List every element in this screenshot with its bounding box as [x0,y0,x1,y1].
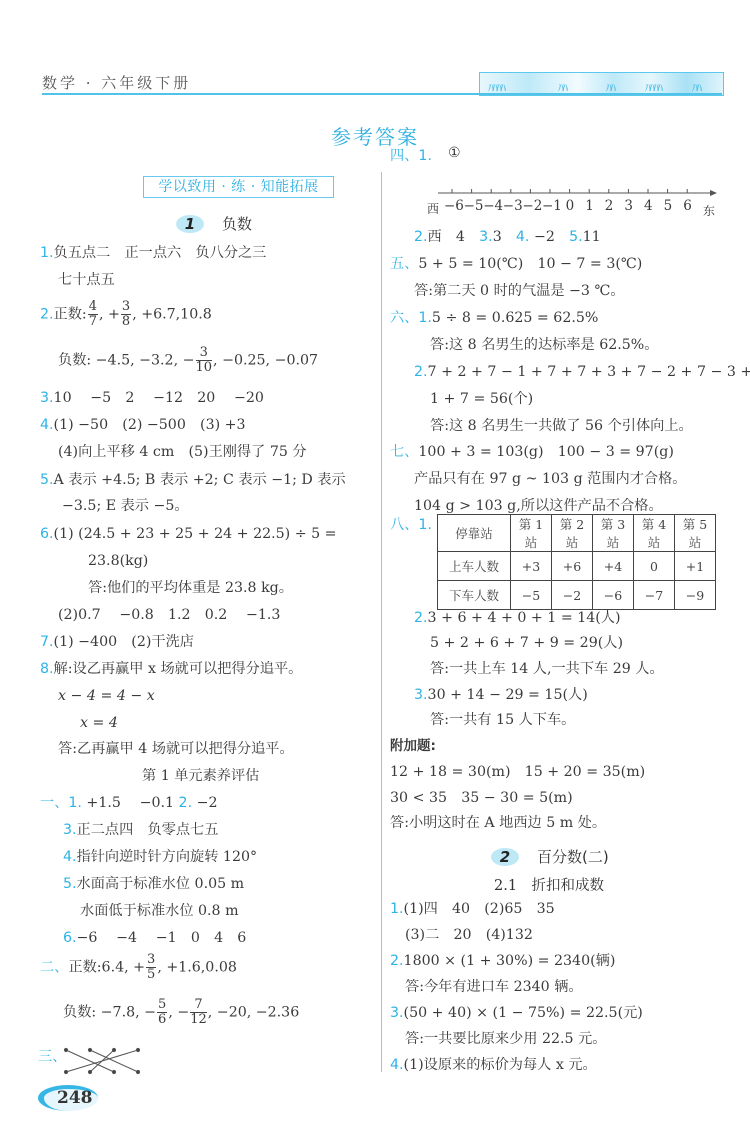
answer-6: 6.(1) (24.5 + 23 + 25 + 24 + 22.5) ÷ 5 = [40,525,337,543]
answer-eight-2: 2.3 + 6 + 4 + 0 + 1 = 14(人) [414,609,621,627]
unit-evaluation-heading: 第 1 单元素养评估 [142,767,259,785]
chapter-title: 百分数(二) [537,848,609,866]
answer-eight-1: 八、1. [390,516,432,534]
number-line-tick-label: −3 [503,198,523,214]
chapter-heading-1: 1负数 [176,213,252,234]
number-line-tick-label: −2 [522,198,542,214]
answer-4: 4.(1) −50 (2) −500 (3) +3 [40,416,246,434]
chapter-heading-2: 2百分数(二) [491,846,609,867]
answer-5: 5.A 表示 +4.5; B 表示 +2; C 表示 −1; D 表示 [40,471,346,489]
number-line-tick-label: 1 [585,198,594,214]
bonus-answer: 12 + 18 = 30(m) 15 + 20 = 35(m) [390,763,645,781]
answer-eight-3: 3.30 + 14 − 29 = 15(人) [414,686,588,704]
number-line-tick-label: 4 [644,198,653,214]
station-table: 停靠站 第 1 站 第 2 站 第 3 站 第 4 站 第 5 站 上车人数+3… [437,514,716,610]
chapter-badge: 2 [491,848,519,866]
west-label: 西 [427,200,439,217]
ch2-answer-1: 1.(1)四 40 (2)65 35 [390,900,555,918]
number-line-tick-label: −5 [464,198,484,214]
east-label: 东 [703,202,715,219]
eval-2: 二、正数:6.4, +35, +1.6,0.08 [40,953,237,982]
page-number: 248 [38,1085,98,1111]
section-heading: 2.1 折扣和成数 [494,874,604,895]
number-line-tick-label: −6 [444,198,464,214]
section-banner: 学以致用 · 练 · 知能拓展 [143,176,334,198]
ch2-answer-2: 2.1800 × (1 + 30%) = 2340(辆) [390,952,615,970]
bonus-heading: 附加题: [390,737,436,755]
number-line-tick-label: −4 [483,198,503,214]
answer-2: 2.正数:47, +38, +6.7,10.8 [40,300,212,329]
book-title: 数学 · 六年级下册 [42,72,191,93]
table-row: 下车人数−5−2−6−7−9 [438,581,716,610]
matching-diagram [62,1046,142,1076]
eval-1: 一、1. +1.5 −0.1 2. −2 [40,794,218,812]
table-header-row: 停靠站 第 1 站 第 2 站 第 3 站 第 4 站 第 5 站 [438,515,716,552]
answer-3: 3.10 −5 2 −12 20 −20 [40,389,264,407]
ch2-answer-4: 4.(1)设原来的标价为每人 x 元。 [390,1056,597,1074]
number-line-tick-label: 3 [624,198,633,214]
answer-four-2-5: 2.西 4 3.3 4. −2 5.11 [414,228,601,246]
answer-7: 7.(1) −400 (2)干洗店 [40,633,194,651]
answer-seven: 七、100 + 3 = 103(g) 100 − 3 = 97(g) [390,443,674,461]
number-line-tick-label: 0 [566,198,575,214]
number-line-tick-label: 6 [683,198,692,214]
number-line-tick-label: 5 [664,198,673,214]
page-title: 参考答案 [0,121,750,150]
answer-five: 五、5 + 5 = 10(℃) 10 − 7 = 3(℃) [390,255,642,273]
number-line-tick-label: −1 [542,198,562,214]
chapter-title: 负数 [222,215,252,233]
chapter-badge: 1 [176,215,204,233]
header-rule [42,93,722,95]
column-divider [381,172,382,1072]
number-line-tick-label: 2 [605,198,614,214]
answer-8: 8.解:设乙再赢甲 x 场就可以把得分追平。 [40,660,302,678]
answer-six-2: 2.7 + 2 + 7 − 1 + 7 + 7 + 3 + 7 − 2 + 7 … [414,363,750,381]
table-row: 上车人数+3+6+40+1 [438,552,716,581]
answer-1: 1.负五点二 正一点六 负八分之三 [40,244,266,262]
answer-six-1: 六、1.5 ÷ 8 = 0.625 = 62.5% [390,309,598,327]
ch2-answer-3: 3.(50 + 40) × (1 − 75%) = 22.5(元) [390,1004,643,1022]
